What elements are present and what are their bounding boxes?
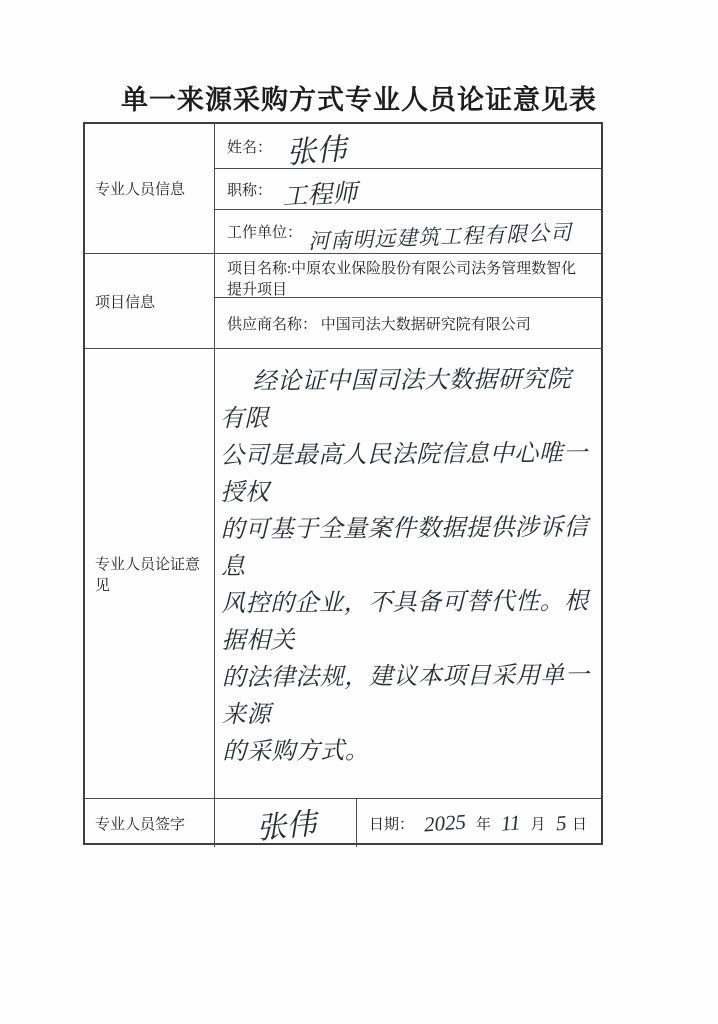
section-label-signature: 专业人员签字 [85,799,215,847]
date-label: 日期： [369,813,414,834]
year-unit-label: 年 [476,813,491,834]
project-name-text: 项目名称:中原农业保险股份有限公司法务管理数智化提升项目 [227,261,576,298]
field-work-unit: 工作单位： 河南明远建筑工程有限公司 [215,210,601,254]
opinion-line: 经论证中国司法大数据研究院有限 [220,362,595,439]
field-project-name: 项目名称:中原农业保险股份有限公司法务管理数智化提升项目 [215,254,601,298]
handwritten-signature: 张伟 [254,798,318,847]
section-label-text: 项目信息 [95,291,155,312]
section-label-text: 专业人员论证意见 [95,553,214,595]
job-title-handwritten-value: 工程师 [281,173,358,213]
month-unit-label: 月 [530,813,545,834]
scanned-form-page: 单一来源采购方式专业人员论证意见表 专业人员信息 姓名： 张伟 职称： 工程师 … [0,0,718,1024]
section-label-text: 专业人员信息 [95,178,185,199]
opinion-line: 的可基于全量案件数据提供涉诉信息 [221,510,596,587]
year-handwritten-value: 2025 [423,809,467,837]
form-table: 专业人员信息 姓名： 张伟 职称： 工程师 工作单位： 河南明远建筑工程有限公司… [83,122,603,845]
field-name: 姓名： 张伟 [215,124,601,169]
work-unit-handwritten-value: 河南明远建筑工程有限公司 [308,216,573,255]
job-title-label: 职称： [227,179,272,200]
opinion-line: 的法律法规，建议本项目采用单一来源 [222,658,597,735]
field-job-title: 职称： 工程师 [215,169,601,210]
name-handwritten-value: 张伟 [285,124,348,172]
supplier-name-text: 供应商名称： 中国司法大数据研究院有限公司 [227,313,531,334]
section-label-opinion: 专业人员论证意见 [85,349,215,799]
section-label-personnel-info: 专业人员信息 [85,124,215,254]
name-label: 姓名： [227,136,272,157]
month-handwritten-value: 11 [500,810,521,836]
opinion-line: 的采购方式。 [222,732,596,772]
opinion-handwritten-block: 经论证中国司法大数据研究院有限 公司是最高人民法院信息中心唯一授权 的可基于全量… [215,349,601,799]
date-cell: 日期： 2025 年 11 月 5 日 [357,799,601,847]
work-unit-label: 工作单位： [227,221,302,242]
section-label-text: 专业人员签字 [95,813,185,834]
field-supplier-name: 供应商名称： 中国司法大数据研究院有限公司 [215,298,601,349]
day-unit-label: 日 [572,813,587,834]
day-handwritten-value: 5 [555,810,567,836]
opinion-line: 风控的企业，不具备可替代性。根据相关 [221,584,596,661]
form-title: 单一来源采购方式专业人员论证意见表 [0,78,718,117]
opinion-line: 公司是最高人民法院信息中心唯一授权 [220,436,595,513]
opinion-handwritten-text: 经论证中国司法大数据研究院有限 公司是最高人民法院信息中心唯一授权 的可基于全量… [220,362,597,772]
signature-date-row: 张伟 日期： 2025 年 11 月 5 日 [215,799,601,847]
signature-cell: 张伟 [215,799,357,847]
section-label-project-info: 项目信息 [85,254,215,349]
